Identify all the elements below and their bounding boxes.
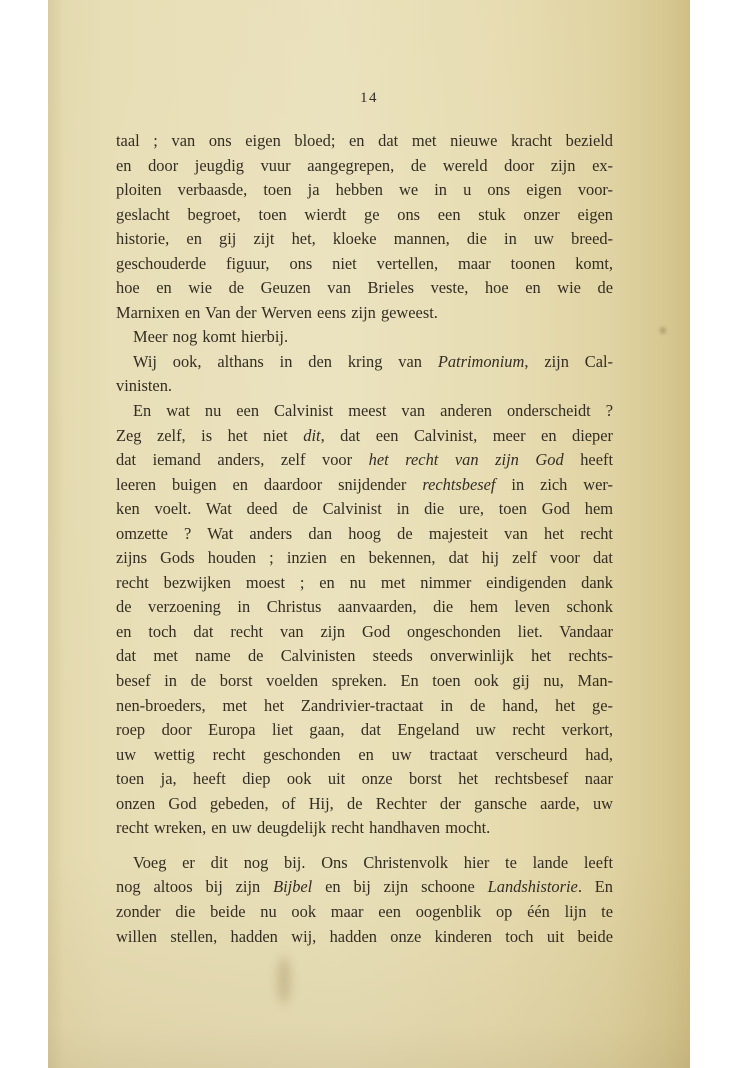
text-segment: de verzoening in Christus aanvaarden, di…	[116, 597, 613, 616]
text-segment: uw wettig recht geschonden en uw tractaa…	[116, 745, 613, 764]
text-line: Zeg zelf, is het niet dit, dat een Calvi…	[116, 424, 613, 449]
text-segment: . En	[578, 877, 613, 896]
text-segment: geslacht begroet, toen wierdt ge ons een…	[116, 205, 613, 224]
text-line: omzette ? Wat anders dan hoog de majeste…	[116, 522, 613, 547]
speck-mark	[660, 327, 666, 334]
text-line: en toch dat recht van zijn God ongeschon…	[116, 620, 613, 645]
text-segment: in zich wer-	[495, 475, 613, 494]
text-segment: omzette ? Wat anders dan hoog de majeste…	[116, 524, 613, 543]
text-segment: Meer nog komt hierbij.	[133, 327, 288, 346]
text-segment: ken voelt. Wat deed de Calvinist in die …	[116, 499, 613, 518]
text-segment: Wij ook, althans in den kring van	[133, 352, 438, 371]
text-segment: Voeg er dit nog bij. Ons Christenvolk hi…	[133, 853, 613, 872]
text-line: Voeg er dit nog bij. Ons Christenvolk hi…	[116, 851, 613, 876]
text-segment: en door jeugdig vuur aangegrepen, de wer…	[116, 156, 613, 175]
text-segment: en bij zijn schoone	[312, 877, 487, 896]
scan-background: 14 taal ; van ons eigen bloed; en dat me…	[0, 0, 738, 1068]
text-segment: en toch dat recht van zijn God ongeschon…	[116, 622, 613, 641]
text-line: en door jeugdig vuur aangegrepen, de wer…	[116, 154, 613, 179]
text-segment: historie, en gij zijt het, kloeke mannen…	[116, 229, 613, 248]
text-segment: ploiten verbaasde, toen ja hebben we in …	[116, 180, 613, 199]
text-line: ken voelt. Wat deed de Calvinist in die …	[116, 497, 613, 522]
text-line: recht bezwijken moest ; en nu met nimmer…	[116, 571, 613, 596]
text-line: nog altoos bij zijn Bijbel en bij zijn s…	[116, 875, 613, 900]
text-line: ploiten verbaasde, toen ja hebben we in …	[116, 178, 613, 203]
text-segment: dat met name de Calvinisten steeds onver…	[116, 646, 613, 665]
text-line: Wij ook, althans in den kring van Patrim…	[116, 350, 613, 375]
text-segment: nog altoos bij zijn	[116, 877, 273, 896]
italic-text-segment: Landshistorie	[488, 877, 578, 896]
italic-text-segment: Patrimonium	[438, 352, 525, 371]
text-segment: onzen God gebeden, of Hij, de Rechter de…	[116, 794, 613, 813]
text-segment: , zijn Cal-	[524, 352, 613, 371]
paragraph: Meer nog komt hierbij.	[116, 325, 613, 350]
text-line: de verzoening in Christus aanvaarden, di…	[116, 595, 613, 620]
text-line: besef in de borst voelden spreken. En to…	[116, 669, 613, 694]
text-block: taal ; van ons eigen bloed; en dat met n…	[116, 129, 613, 949]
text-segment: taal ; van ons eigen bloed; en dat met n…	[116, 131, 613, 150]
text-line: Marnixen en Van der Werven eens zijn gew…	[116, 301, 613, 326]
text-line: hoe en wie de Geuzen van Brieles veste, …	[116, 276, 613, 301]
text-line: onzen God gebeden, of Hij, de Rechter de…	[116, 792, 613, 817]
text-segment: zonder die beide nu ook maar een oogenbl…	[116, 902, 613, 921]
paragraph: En wat nu een Calvinist meest van andere…	[116, 399, 613, 841]
text-segment: En wat nu een Calvinist meest van andere…	[133, 401, 613, 420]
page-number: 14	[48, 90, 690, 107]
text-segment: toen ja, heeft diep ook uit onze borst h…	[116, 769, 613, 788]
text-segment: zijns Gods houden ; inzien en bekennen, …	[116, 548, 613, 567]
text-line: recht wreken, en uw deugdelijk recht han…	[116, 816, 613, 841]
text-segment: dat iemand anders, zelf voor	[116, 450, 369, 469]
text-segment: willen stellen, hadden wij, hadden onze …	[116, 927, 613, 946]
text-segment: Marnixen en Van der Werven eens zijn gew…	[116, 303, 438, 322]
text-line: geschouderde figuur, ons niet vertellen,…	[116, 252, 613, 277]
text-line: roep door Europa liet gaan, dat Engeland…	[116, 718, 613, 743]
paragraph: taal ; van ons eigen bloed; en dat met n…	[116, 129, 613, 325]
text-segment: roep door Europa liet gaan, dat Engeland…	[116, 720, 613, 739]
smudge-mark	[277, 956, 291, 1004]
text-line: zonder die beide nu ook maar een oogenbl…	[116, 900, 613, 925]
text-segment: hoe en wie de Geuzen van Brieles veste, …	[116, 278, 613, 297]
italic-text-segment: rechtsbesef	[422, 475, 495, 494]
text-segment: besef in de borst voelden spreken. En to…	[116, 671, 613, 690]
text-segment: geschouderde figuur, ons niet vertellen,…	[116, 254, 613, 273]
text-segment: recht wreken, en uw deugdelijk recht han…	[116, 818, 490, 837]
text-segment: heeft	[564, 450, 613, 469]
text-segment: recht bezwijken moest ; en nu met nimmer…	[116, 573, 613, 592]
text-segment: , dat een Calvinist, meer en dieper	[321, 426, 613, 445]
text-segment: leeren buigen en daardoor snijdender	[116, 475, 422, 494]
text-line: Meer nog komt hierbij.	[116, 325, 613, 350]
text-line: historie, en gij zijt het, kloeke mannen…	[116, 227, 613, 252]
italic-text-segment: het recht van zijn God	[369, 450, 564, 469]
book-page: 14 taal ; van ons eigen bloed; en dat me…	[48, 0, 690, 1068]
text-line: zijns Gods houden ; inzien en bekennen, …	[116, 546, 613, 571]
paragraph: Voeg er dit nog bij. Ons Christenvolk hi…	[116, 851, 613, 949]
text-line: vinisten.	[116, 374, 613, 399]
text-line: geslacht begroet, toen wierdt ge ons een…	[116, 203, 613, 228]
text-line: dat met name de Calvinisten steeds onver…	[116, 644, 613, 669]
text-segment: Zeg zelf, is het niet	[116, 426, 303, 445]
text-line: willen stellen, hadden wij, hadden onze …	[116, 925, 613, 950]
text-line: leeren buigen en daardoor snijdender rec…	[116, 473, 613, 498]
text-line: En wat nu een Calvinist meest van andere…	[116, 399, 613, 424]
text-line: dat iemand anders, zelf voor het recht v…	[116, 448, 613, 473]
text-line: nen-broeders, met het Zandrivier-tractaa…	[116, 694, 613, 719]
text-line: uw wettig recht geschonden en uw tractaa…	[116, 743, 613, 768]
text-line: taal ; van ons eigen bloed; en dat met n…	[116, 129, 613, 154]
italic-text-segment: dit	[303, 426, 320, 445]
text-segment: nen-broeders, met het Zandrivier-tractaa…	[116, 696, 613, 715]
paragraph: Wij ook, althans in den kring van Patrim…	[116, 350, 613, 399]
text-segment: vinisten.	[116, 376, 172, 395]
italic-text-segment: Bijbel	[273, 877, 312, 896]
text-line: toen ja, heeft diep ook uit onze borst h…	[116, 767, 613, 792]
